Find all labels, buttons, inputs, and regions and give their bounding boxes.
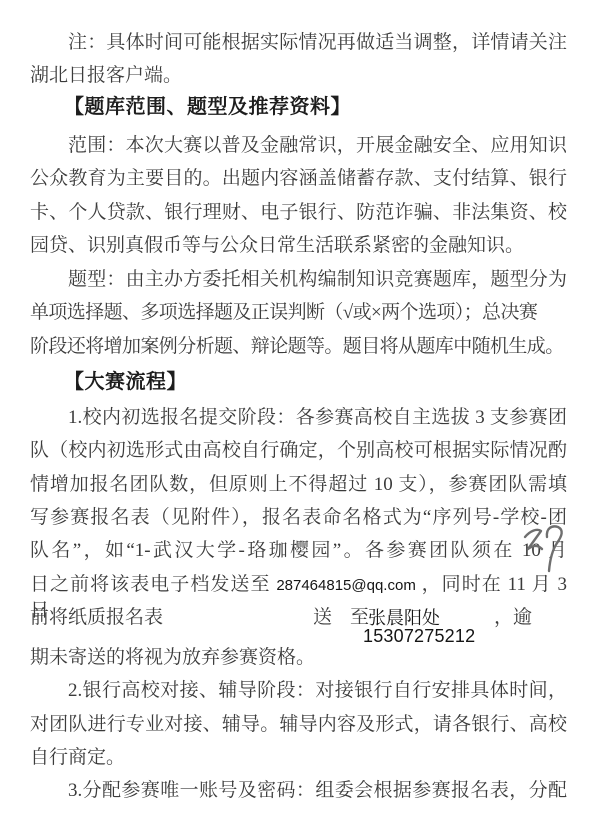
section-heading-question-bank: 【题库范围、题型及推荐资料】: [64, 94, 351, 120]
delivery-line-start: 前将纸质报名表: [30, 605, 163, 630]
email-line-prefix: 日之前将该表电子档发送至: [30, 574, 276, 595]
document-page: 注：具体时间可能根据实际情况再做适当调整，详情请关注 湖北日报客户端。 【题库范…: [0, 0, 592, 814]
scope-line-3: 卡、个人贷款、银行理财、电子银行、防范诈骗、非法集资、校: [30, 200, 567, 225]
step3-line-1: 3.分配参赛唯一账号及密码：组委会根据参赛报名表，分配: [30, 778, 567, 803]
step1-line-2: 队（校内初选形式由高校自行确定，个别高校可根据实际情况酌: [30, 438, 567, 463]
step1-line-1: 1.校内初选报名提交阶段：各参赛高校自主选拔 3 支参赛团: [30, 405, 567, 430]
delivery-send-char: 送: [313, 605, 332, 630]
types-line-2: 单项选择题、多项选择题及正误判断（√或×两个选项）；总决赛: [30, 300, 567, 325]
scope-line-1: 范围：本次大赛以普及金融常识，开展金融安全、应用知识: [30, 133, 567, 158]
note-line-2: 湖北日报客户端。: [30, 63, 567, 88]
types-line-1: 题型：由主办方委托相关机构编制知识竞赛题库，题型分为: [30, 267, 567, 292]
section-heading-process: 【大赛流程】: [64, 369, 187, 395]
contact-email: 287464815@qq.com: [276, 577, 416, 594]
step2-line-1: 2.银行高校对接、辅导阶段：对接银行自行安排具体时间，: [30, 678, 567, 703]
types-line-3: 阶段还将增加案例分析题、辩论题等。题目将从题库中随机生成。: [30, 334, 567, 359]
step1-line-3: 情增加报名团队数，但原则上不得超过 10 支），参赛团队需填: [30, 472, 567, 497]
step2-line-2: 对团队进行专业对接、辅导。辅导内容及形式，请各银行、高校: [30, 712, 567, 737]
recipient-phone: 15307275212: [363, 626, 475, 647]
scope-line-2: 公众教育为主要目的。出题内容涵盖储蓄存款、支付结算、银行: [30, 166, 567, 191]
step2-line-3: 自行商定。: [30, 745, 567, 770]
step1-line-4: 写参赛报名表（见附件），报名表命名格式为“序列号-学校-团: [30, 505, 567, 530]
scope-line-4: 园贷、识别真假币等与公众日常生活联系紧密的金融知识。: [30, 233, 567, 258]
delivery-line-end: ，逾: [494, 605, 532, 630]
step1-line-5: 队名”，如“1-武汉大学-珞珈樱园”。各参赛团队须在 10 月: [30, 538, 567, 563]
note-line-1: 注：具体时间可能根据实际情况再做适当调整，详情请关注: [30, 30, 567, 55]
step1-line-8: 期未寄送的将视为放弃参赛资格。: [30, 645, 567, 670]
